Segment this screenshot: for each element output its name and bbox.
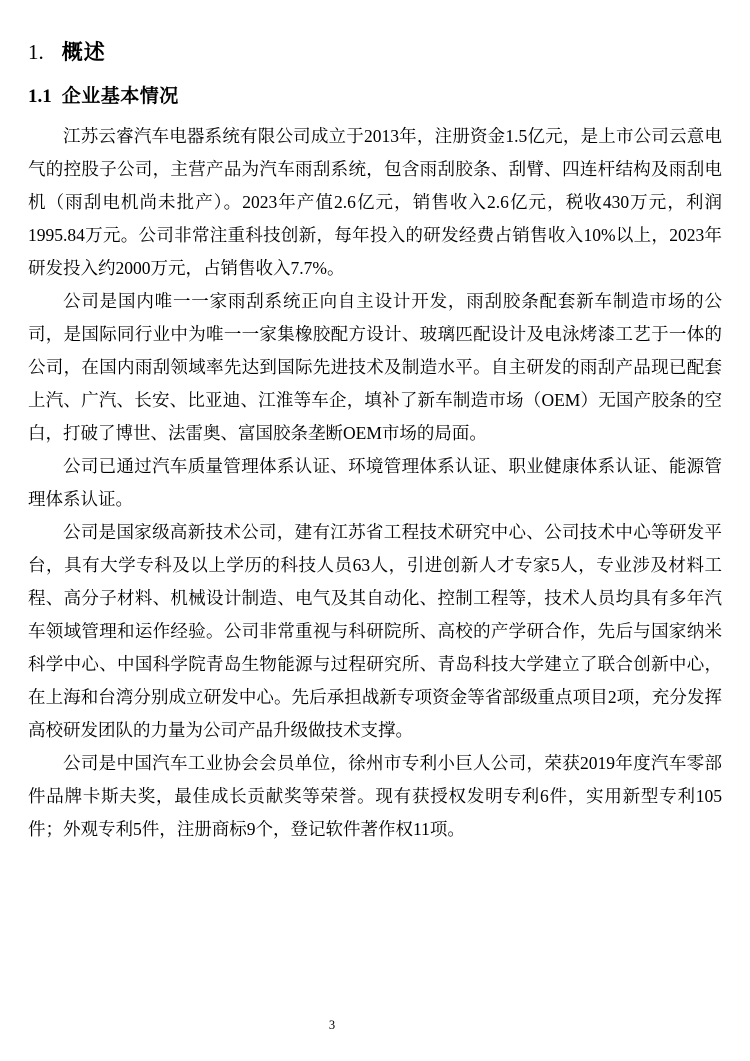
- paragraph-company-overview: 江苏云睿汽车电器系统有限公司成立于2013年，注册资金1.5亿元，是上市公司云意…: [28, 120, 722, 285]
- paragraph-rd-capability: 公司是国家级高新技术公司，建有江苏省工程技术研究中心、公司技术中心等研发平台，具…: [28, 516, 722, 747]
- section-heading: 1.概述: [28, 40, 722, 64]
- document-page: 1.概述 1.1企业基本情况 江苏云睿汽车电器系统有限公司成立于2013年，注册…: [0, 0, 750, 1061]
- paragraph-honors-patents: 公司是中国汽车工业协会会员单位，徐州市专利小巨人公司，荣获2019年度汽车零部件…: [28, 747, 722, 846]
- paragraph-industry-position: 公司是国内唯一一家雨刮系统正向自主设计开发，雨刮胶条配套新车制造市场的公司，是国…: [28, 285, 722, 450]
- section-title: 概述: [62, 40, 106, 64]
- body-text: 江苏云睿汽车电器系统有限公司成立于2013年，注册资金1.5亿元，是上市公司云意…: [28, 120, 722, 846]
- section-number: 1.: [28, 40, 44, 64]
- paragraph-certifications: 公司已通过汽车质量管理体系认证、环境管理体系认证、职业健康体系认证、能源管理体系…: [28, 450, 722, 516]
- page-number: 3: [0, 1018, 664, 1033]
- document-content: 1.概述 1.1企业基本情况 江苏云睿汽车电器系统有限公司成立于2013年，注册…: [0, 0, 750, 846]
- subsection-number: 1.1: [28, 86, 52, 107]
- subsection-title: 企业基本情况: [62, 86, 179, 107]
- subsection-heading: 1.1企业基本情况: [28, 86, 722, 108]
